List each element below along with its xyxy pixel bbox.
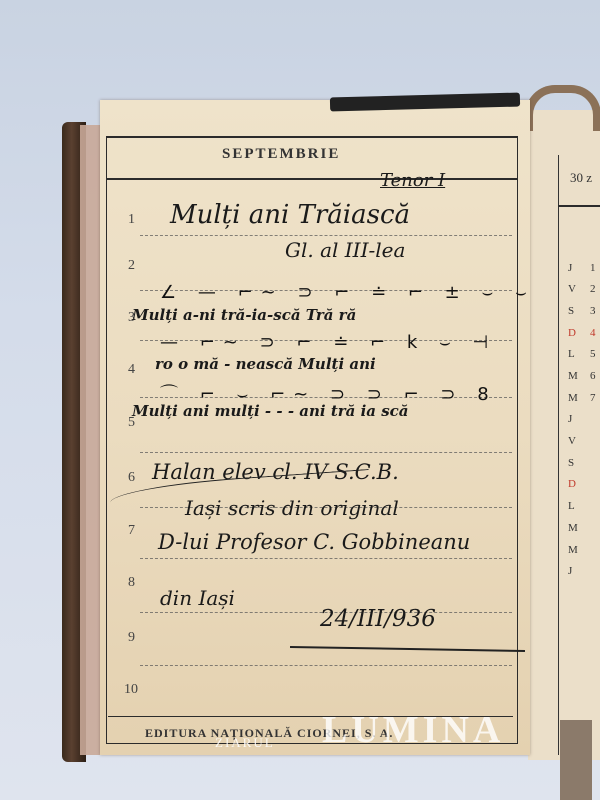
line-rule [140, 235, 512, 236]
handwritten-title: Mulți ani Trăiască [170, 200, 410, 230]
lyrics-row-1: Mulți a-ni tră-ia-scă Tră ră [132, 306, 356, 324]
calendar-day-letter: V [568, 283, 576, 295]
calendar-day-letter-sunday: D [568, 327, 576, 339]
bookmark-ribbon [525, 85, 600, 131]
calendar-day-letter: L [568, 500, 575, 512]
month-heading: SEPTEMBRIE [222, 146, 340, 163]
lyrics-row-2: ro o mă - nească Mulți ani [155, 355, 376, 373]
calendar-day-letter: J [568, 565, 572, 577]
day-number: 10 [124, 682, 138, 698]
source-line: Iași scris din original [185, 496, 399, 520]
calendar-day-letter: J [568, 262, 572, 274]
voice-label: Tenor I [380, 170, 445, 191]
calendar-day-letter-sunday: D [568, 478, 576, 490]
calendar-day-letter: M [568, 544, 578, 556]
calendar-day-letter: M [568, 392, 578, 404]
day-number: 8 [128, 575, 135, 591]
line-rule [140, 665, 512, 666]
calendar-rule [558, 205, 600, 207]
lumina-watermark: LUMINA [322, 708, 504, 752]
calendar-day-number: 1 [590, 262, 596, 274]
day-number: 1 [128, 212, 135, 228]
neume-row-2: — ⌐~ ⊃ ⌐ ≐ ⌐ k ⌣ ⊣ [160, 332, 496, 353]
location-line: din Iași [160, 586, 235, 610]
date-line: 24/III/936 [320, 606, 436, 632]
line-rule [140, 452, 512, 453]
day-number: 4 [128, 362, 135, 378]
calendar-day-letter: S [568, 305, 574, 317]
calendar-day-letter: M [568, 370, 578, 382]
day-number: 7 [128, 523, 135, 539]
calendar-title: 30 z [570, 170, 592, 186]
day-number: 2 [128, 258, 135, 274]
day-number: 6 [128, 470, 135, 486]
calendar-day-letter: S [568, 457, 574, 469]
lyrics-row-3: Mulți ani mulți - - - ani tră ia scă [132, 402, 409, 420]
calendar-day-letter: V [568, 435, 576, 447]
calendar-day-letter: J [568, 413, 572, 425]
calendar-day-letter: L [568, 348, 575, 360]
calendar-day-number-sunday: 4 [590, 327, 596, 339]
professor-line: D-lui Profesor C. Gobbineanu [158, 530, 470, 554]
neume-row-1: ∠ — ⌐~ ⊃ ⌐ ≐ ⌐ ± ⌣ ⌣ [160, 282, 535, 303]
calendar-day-number: 3 [590, 305, 596, 317]
watermark-prefix: ZIARUL [215, 735, 275, 751]
handwritten-tone: Gl. al III-lea [285, 238, 405, 262]
calendar-day-number: 5 [590, 348, 596, 360]
day-number: 9 [128, 630, 135, 646]
side-calendar [558, 155, 600, 755]
calendar-day-number: 2 [590, 283, 596, 295]
calendar-day-letter: M [568, 522, 578, 534]
line-rule [140, 558, 512, 559]
calendar-day-number: 7 [590, 392, 596, 404]
calendar-day-number: 6 [590, 370, 596, 382]
